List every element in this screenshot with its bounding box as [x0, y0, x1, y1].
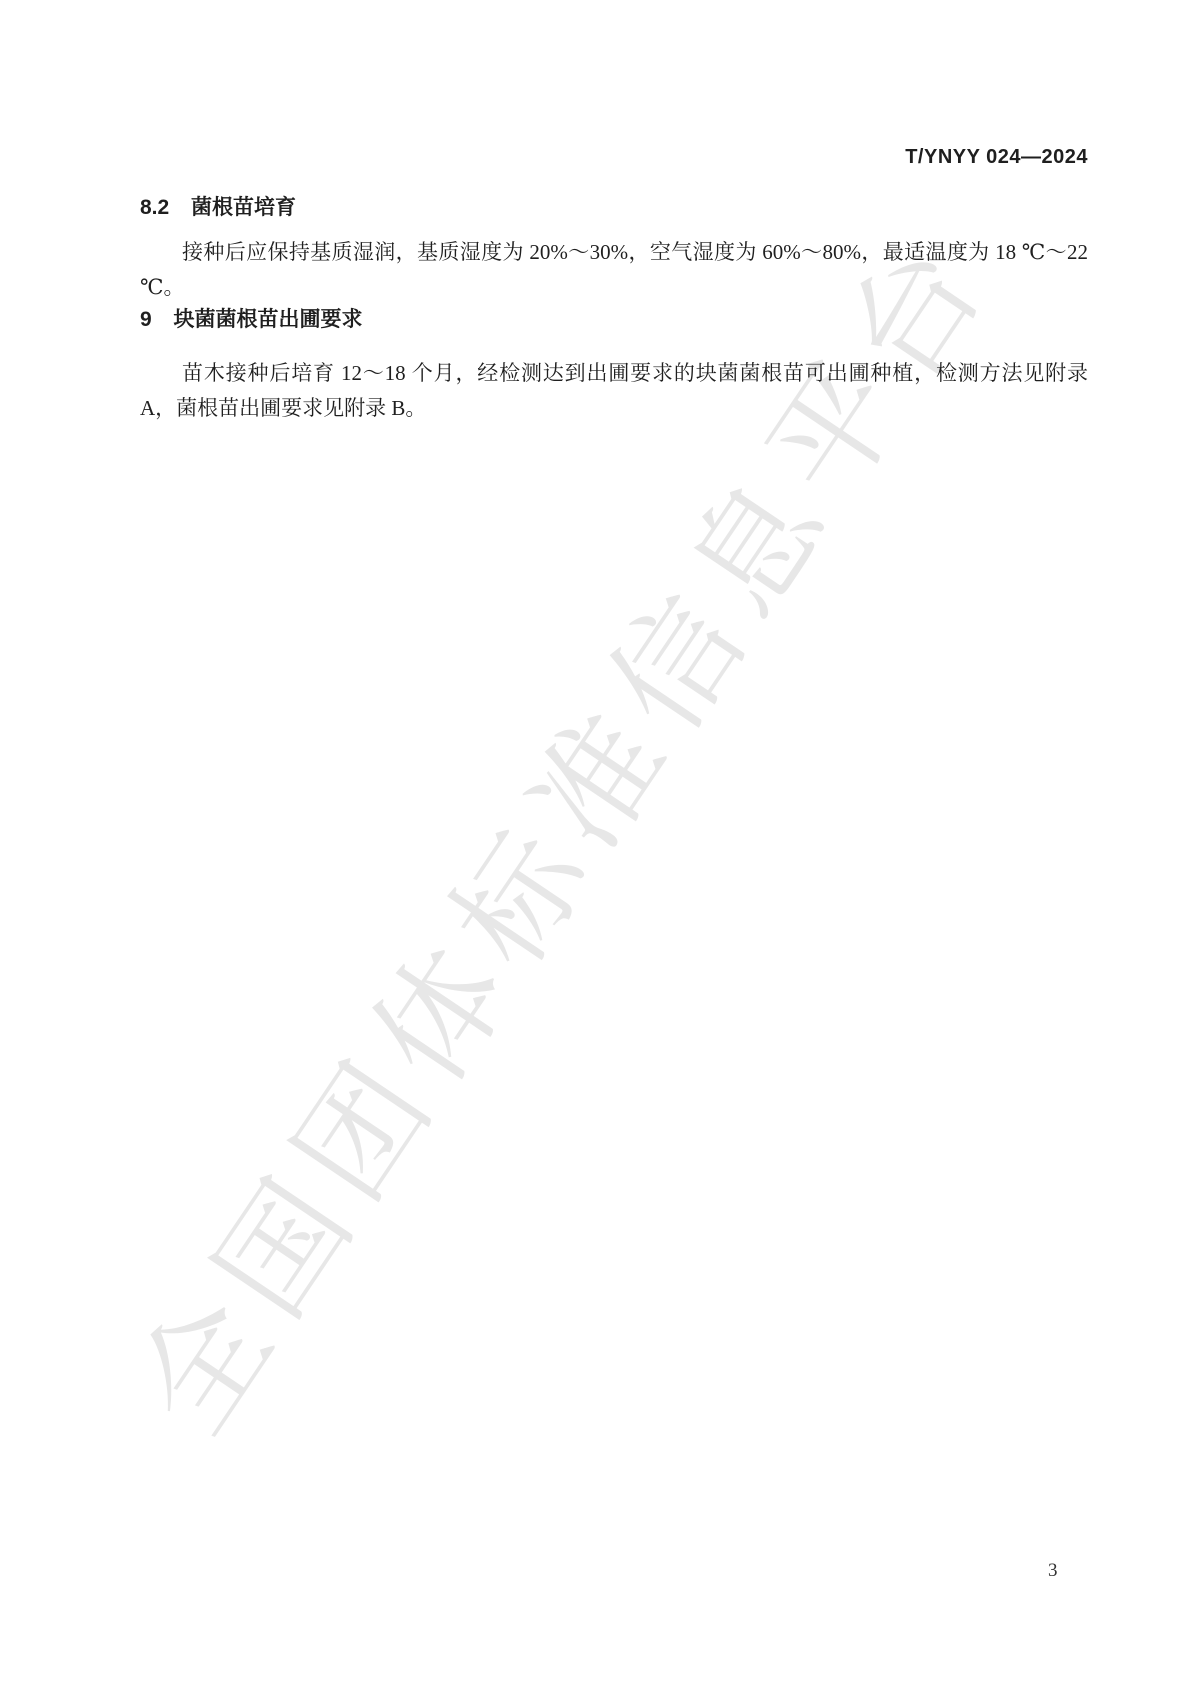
document-page: 全国团体标准信息平台 T/YNYY 024—2024 8.2 菌根苗培育 接种后… [0, 0, 1200, 1697]
section-heading-9: 9 块菌菌根苗出圃要求 [140, 303, 363, 333]
section-paragraph-9: 苗木接种后培育 12～18 个月，经检测达到出圃要求的块菌菌根苗可出圃种植，检测… [140, 356, 1088, 426]
section-title: 菌根苗培育 [191, 196, 296, 219]
section-number: 9 [140, 308, 152, 332]
section-paragraph-8-2: 接种后应保持基质湿润，基质湿度为 20%～30%，空气湿度为 60%～80%，最… [140, 235, 1088, 305]
page-number: 3 [1048, 1560, 1058, 1582]
section-heading-8-2: 8.2 菌根苗培育 [140, 191, 296, 221]
section-number: 8.2 [140, 196, 169, 220]
document-code: T/YNYY 024—2024 [905, 146, 1088, 169]
section-title: 块菌菌根苗出圃要求 [174, 308, 363, 331]
